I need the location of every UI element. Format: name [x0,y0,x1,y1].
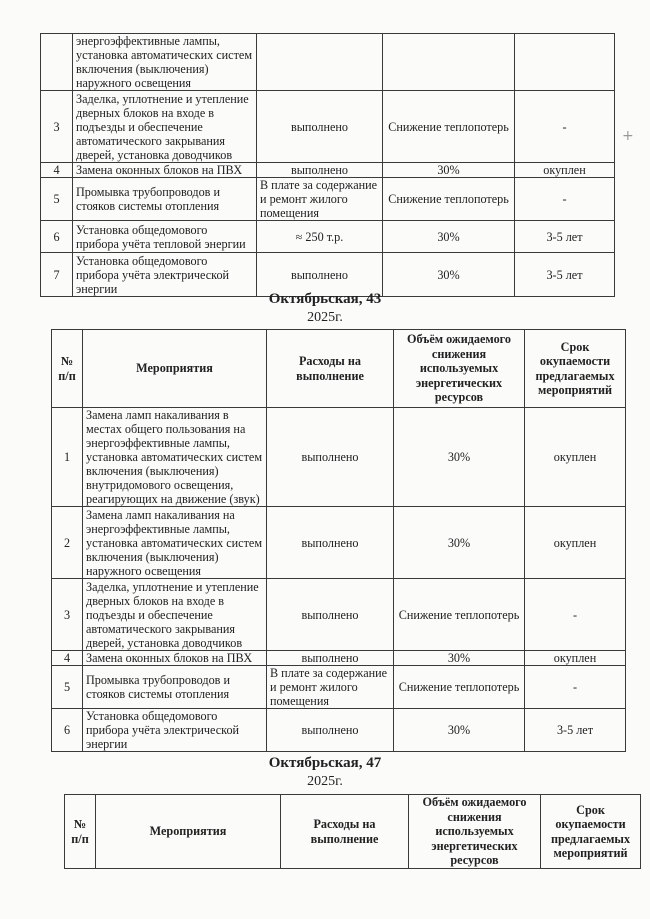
row-number: 4 [41,163,73,178]
expected-reduction: 30% [394,408,525,507]
header-cost: Расходы на выполнение [281,795,409,869]
measure-cost: В плате за содержание и ремонт жилого по… [257,178,383,221]
table-row: 1Замена ламп накаливания в местах общего… [52,408,626,507]
measure-cost: выполнено [267,579,394,651]
measure-name: Промывка трубопроводов и стояков системы… [73,178,257,221]
expected-reduction: 30% [394,651,525,666]
measure-cost: выполнено [267,709,394,752]
measure-name: энергоэффективные лампы, установка автом… [73,34,257,91]
expected-reduction: 30% [383,253,515,297]
payback-period: окуплен [525,408,626,507]
row-number: 6 [41,221,73,253]
row-number: 5 [52,666,83,709]
payback-period: 3-5 лет [515,221,615,253]
payback-period: окуплен [525,507,626,579]
measures-table-prev: энергоэффективные лампы, установка автом… [40,33,615,297]
measure-cost: выполнено [257,91,383,163]
table-row: 5Промывка трубопроводов и стояков систем… [41,178,615,221]
row-number: 1 [52,408,83,507]
payback-period: - [515,178,615,221]
header-name: Мероприятия [83,330,267,408]
table-row: 5Промывка трубопроводов и стояков систем… [52,666,626,709]
section-title-43: Октябрьская, 43 [0,291,650,308]
expected-reduction: Снижение теплопотерь [394,666,525,709]
header-payback: Срок окупаемости предлагаемых мероприяти… [541,795,641,869]
measure-name: Установка общедомового прибора учёта теп… [73,221,257,253]
header-name: Мероприятия [96,795,281,869]
scan-margin-mark: + [622,128,634,144]
measure-cost: В плате за содержание и ремонт жилого по… [267,666,394,709]
expected-reduction: 30% [394,507,525,579]
payback-period [515,34,615,91]
measure-name: Установка общедомового прибора учёта эле… [83,709,267,752]
header-volume: Объём ожидаемого снижения используемых э… [394,330,525,408]
measure-cost: выполнено [267,408,394,507]
header-num: № п/п [52,330,83,408]
expected-reduction [383,34,515,91]
row-number: 3 [41,91,73,163]
expected-reduction: 30% [383,221,515,253]
payback-period: 3-5 лет [515,253,615,297]
row-number: 3 [52,579,83,651]
row-number: 6 [52,709,83,752]
expected-reduction: Снижение теплопотерь [383,178,515,221]
measure-name: Замена оконных блоков на ПВХ [73,163,257,178]
row-number: 4 [52,651,83,666]
payback-period: - [525,579,626,651]
table-header-row: № п/п Мероприятия Расходы на выполнение … [65,795,641,869]
table-row: 6Установка общедомового прибора учёта те… [41,221,615,253]
table-row: 6Установка общедомового прибора учёта эл… [52,709,626,752]
table-row: 3Заделка, уплотнение и утепление дверных… [41,91,615,163]
table-row: 2Замена ламп накаливания на энергоэффект… [52,507,626,579]
header-num: № п/п [65,795,96,869]
measure-name: Заделка, уплотнение и утепление дверных … [73,91,257,163]
table-header-row: № п/п Мероприятия Расходы на выполнение … [52,330,626,408]
table-row: 4Замена оконных блоков на ПВХвыполнено30… [52,651,626,666]
measures-table-47: № п/п Мероприятия Расходы на выполнение … [64,794,641,869]
measure-cost [257,34,383,91]
expected-reduction: Снижение теплопотерь [383,91,515,163]
measure-name: Замена ламп накаливания в местах общего … [83,408,267,507]
expected-reduction: Снижение теплопотерь [394,579,525,651]
section-year-47: 2025г. [0,774,650,790]
section-title-47: Октябрьская, 47 [0,755,650,772]
payback-period: окуплен [515,163,615,178]
table-row: энергоэффективные лампы, установка автом… [41,34,615,91]
row-number: 7 [41,253,73,297]
payback-period: - [525,666,626,709]
measure-name: Установка общедомового прибора учёта эле… [73,253,257,297]
measure-cost: выполнено [257,253,383,297]
table-row: 3Заделка, уплотнение и утепление дверных… [52,579,626,651]
payback-period: - [515,91,615,163]
measure-cost: выполнено [267,651,394,666]
header-volume: Объём ожидаемого снижения используемых э… [409,795,541,869]
expected-reduction: 30% [383,163,515,178]
row-number: 2 [52,507,83,579]
measure-name: Замена оконных блоков на ПВХ [83,651,267,666]
payback-period: окуплен [525,651,626,666]
measure-cost: выполнено [257,163,383,178]
measure-name: Промывка трубопроводов и стояков системы… [83,666,267,709]
payback-period: 3-5 лет [525,709,626,752]
section-year-43: 2025г. [0,310,650,326]
expected-reduction: 30% [394,709,525,752]
table-row: 4Замена оконных блоков на ПВХвыполнено30… [41,163,615,178]
row-number: 5 [41,178,73,221]
measure-cost: выполнено [267,507,394,579]
header-payback: Срок окупаемости предлагаемых мероприяти… [525,330,626,408]
measure-name: Заделка, уплотнение и утепление дверных … [83,579,267,651]
measures-table-43: № п/п Мероприятия Расходы на выполнение … [51,329,626,752]
header-cost: Расходы на выполнение [267,330,394,408]
measure-cost: ≈ 250 т.р. [257,221,383,253]
row-number [41,34,73,91]
table-row: 7Установка общедомового прибора учёта эл… [41,253,615,297]
measure-name: Замена ламп накаливания на энергоэффекти… [83,507,267,579]
